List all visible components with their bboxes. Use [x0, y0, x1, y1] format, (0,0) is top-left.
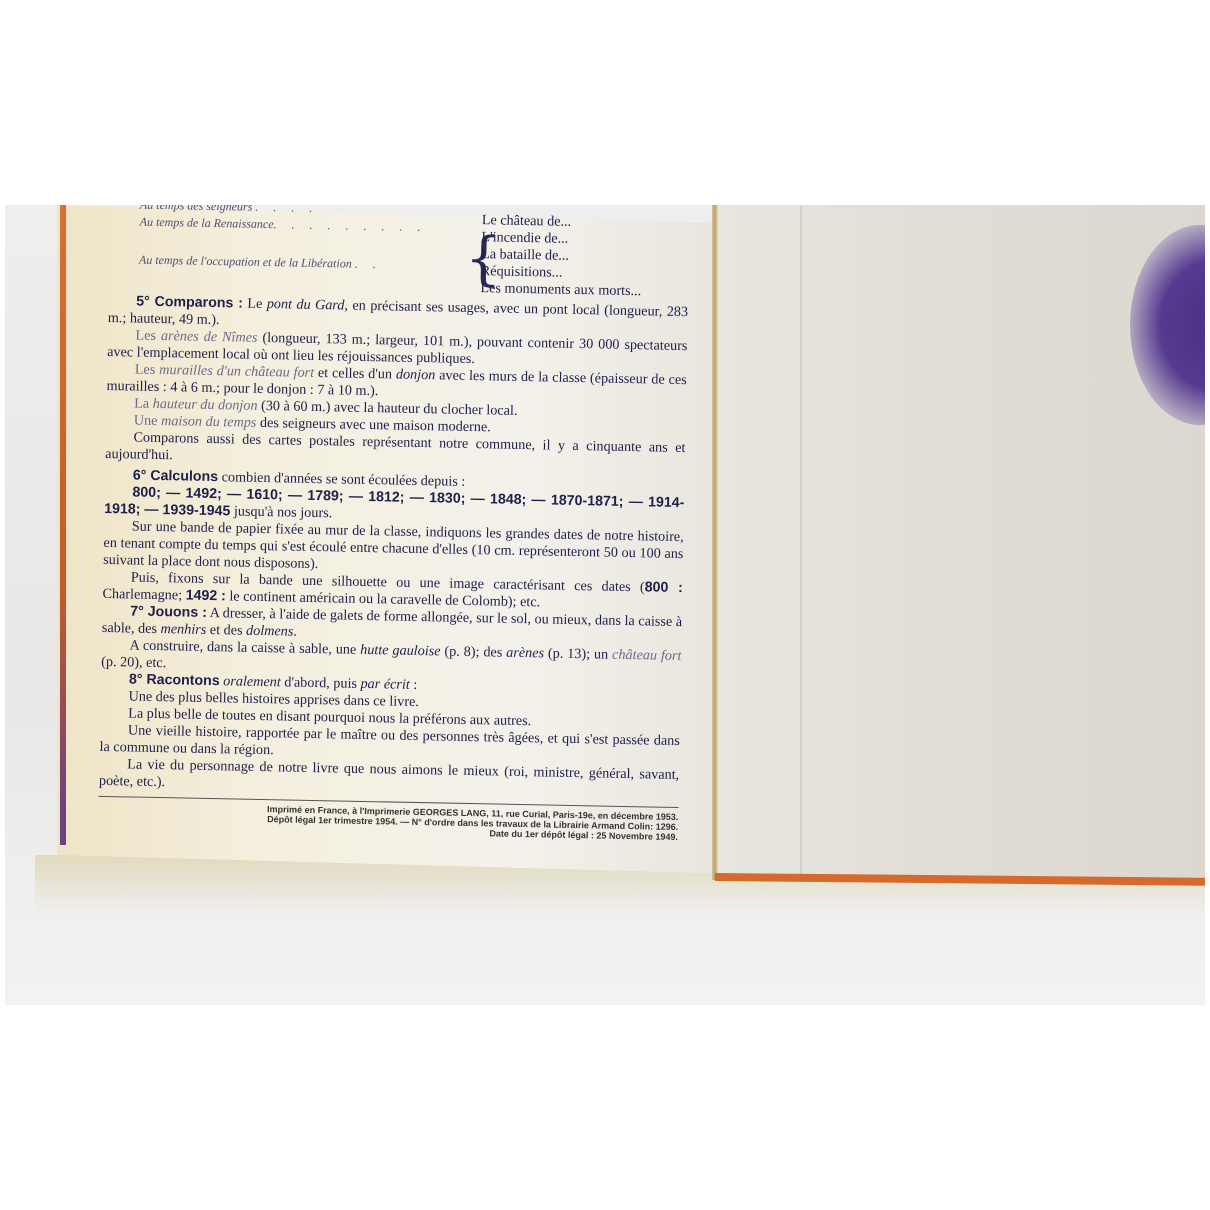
- page-text: Au temps des seigneurs . . . . Au temps …: [98, 205, 690, 842]
- endpaper-fold: [800, 205, 802, 875]
- event-list: Le château de... L'incendie de... La bat…: [480, 212, 642, 300]
- book-photo: Au temps des seigneurs . . . . Au temps …: [5, 205, 1205, 1005]
- event-item: Les monuments aux morts...: [480, 280, 641, 300]
- cover-edge-left: [60, 205, 66, 845]
- era-row: Au temps de la Renaissance. . . . . . . …: [140, 214, 427, 237]
- era-table: Au temps des seigneurs . . . . Au temps …: [108, 205, 690, 304]
- era-row: Au temps de l'occupation et de la Libéra…: [139, 252, 382, 274]
- book-gutter: [712, 205, 718, 880]
